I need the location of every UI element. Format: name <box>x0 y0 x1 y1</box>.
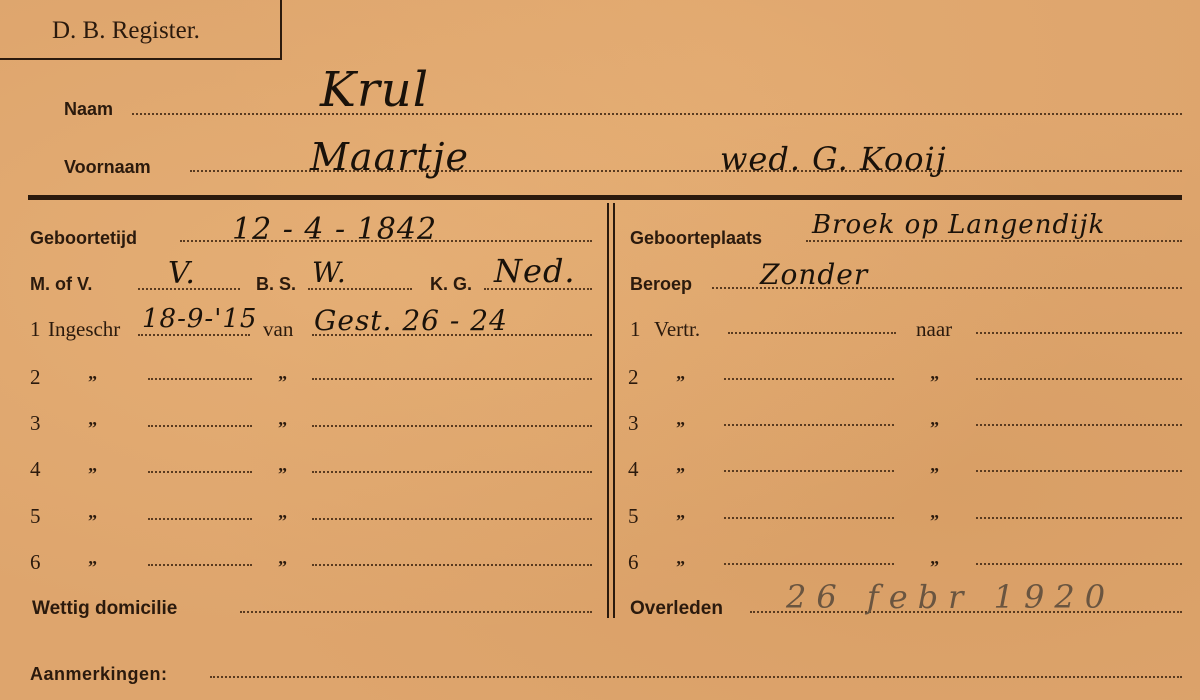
geboorteplaats-value[interactable]: Broek op Langendijk <box>812 210 1105 240</box>
column-divider-right <box>613 203 615 618</box>
left-row-ditto: ” <box>278 557 287 578</box>
left-row-line-1[interactable] <box>148 471 252 473</box>
vertr-line[interactable] <box>728 332 896 334</box>
right-row-line-1[interactable] <box>724 563 894 565</box>
aanmerkingen-line[interactable] <box>210 676 1182 678</box>
right-row-line-1[interactable] <box>724 517 894 519</box>
voornaam-value[interactable]: Maartje <box>310 135 469 179</box>
naam-value[interactable]: Krul <box>320 62 429 118</box>
column-divider-left <box>607 203 609 618</box>
right-row-ditto: ” <box>676 372 685 393</box>
ingeschr-van-value[interactable]: Gest. 26 - 24 <box>314 304 508 337</box>
right-row-ditto: ” <box>930 511 939 532</box>
left-row-ditto: ” <box>278 511 287 532</box>
right-row-num: 3 <box>628 411 639 436</box>
overleden-value[interactable]: 26 febr 1920 <box>786 578 1115 616</box>
right-row-ditto: ” <box>676 557 685 578</box>
ingeschr-date[interactable]: 18-9-'15 <box>142 304 257 334</box>
right-row-ditto: ” <box>676 511 685 532</box>
right-row-ditto: ” <box>930 464 939 485</box>
left-row-num: 2 <box>30 365 41 390</box>
right-row-line-2[interactable] <box>976 517 1182 519</box>
right-row-ditto: ” <box>930 557 939 578</box>
register-title: D. B. Register. <box>52 17 200 45</box>
right-row-ditto: ” <box>930 418 939 439</box>
m-of-v-value[interactable]: V. <box>168 256 196 291</box>
geboortetijd-value[interactable]: 12 - 4 - 1842 <box>232 212 437 247</box>
register-card: D. B. Register. Naam Krul Voornaam Maart… <box>0 0 1200 700</box>
right-row-line-2[interactable] <box>976 470 1182 472</box>
voornaam-note[interactable]: wed. G. Kooij <box>720 140 947 178</box>
left-row-ditto: ” <box>88 557 97 578</box>
kg-label: K. G. <box>430 274 472 295</box>
m-of-v-label: M. of V. <box>30 274 92 295</box>
naar-label: naar <box>916 317 952 342</box>
right-row-num: 6 <box>628 550 639 575</box>
left-row-ditto: ” <box>278 464 287 485</box>
left-row-ditto: ” <box>88 464 97 485</box>
right-row-ditto: ” <box>676 464 685 485</box>
voornaam-label: Voornaam <box>64 157 151 178</box>
right-row-num: 4 <box>628 457 639 482</box>
right-row-line-1[interactable] <box>724 470 894 472</box>
left-row-ditto: ” <box>278 372 287 393</box>
wettig-domicilie-line[interactable] <box>240 611 592 613</box>
beroep-label: Beroep <box>630 274 692 295</box>
right-row-line-2[interactable] <box>976 378 1182 380</box>
right-row-num: 2 <box>628 365 639 390</box>
naam-label: Naam <box>64 99 113 120</box>
right-row-line-2[interactable] <box>976 563 1182 565</box>
left-row-num: 6 <box>30 550 41 575</box>
left-row-num: 4 <box>30 457 41 482</box>
left-row-ditto: ” <box>88 372 97 393</box>
right-row-ditto: ” <box>930 372 939 393</box>
geboortetijd-label: Geboortetijd <box>30 228 137 249</box>
vertr-num: 1 <box>630 317 641 342</box>
beroep-value[interactable]: Zonder <box>760 258 868 291</box>
wettig-domicilie-label: Wettig domicilie <box>32 598 177 620</box>
left-row-num: 3 <box>30 411 41 436</box>
right-row-line-1[interactable] <box>724 424 894 426</box>
vertr-label: Vertr. <box>654 317 700 342</box>
left-row-line-1[interactable] <box>148 564 252 566</box>
left-row-num: 5 <box>30 504 41 529</box>
right-row-num: 5 <box>628 504 639 529</box>
naam-line <box>132 113 1182 115</box>
left-row-line-2[interactable] <box>312 471 592 473</box>
left-row-line-2[interactable] <box>312 518 592 520</box>
right-row-line-2[interactable] <box>976 424 1182 426</box>
left-row-ditto: ” <box>88 418 97 439</box>
overleden-label: Overleden <box>630 598 723 620</box>
ingeschr-label: Ingeschr <box>48 317 120 342</box>
naar-line[interactable] <box>976 332 1182 334</box>
kg-value[interactable]: Ned. <box>494 252 576 290</box>
left-row-line-1[interactable] <box>148 425 252 427</box>
left-row-line-1[interactable] <box>148 378 252 380</box>
bs-label: B. S. <box>256 274 296 295</box>
geboorteplaats-label: Geboorteplaats <box>630 228 762 249</box>
ingeschr-num: 1 <box>30 317 41 342</box>
ingeschr-van-label: van <box>263 317 293 342</box>
left-row-line-2[interactable] <box>312 564 592 566</box>
aanmerkingen-label: Aanmerkingen: <box>30 664 168 685</box>
left-row-ditto: ” <box>88 511 97 532</box>
left-row-line-1[interactable] <box>148 518 252 520</box>
right-row-ditto: ” <box>676 418 685 439</box>
left-row-line-2[interactable] <box>312 378 592 380</box>
header-divider <box>28 195 1182 200</box>
geboorteplaats-line <box>806 240 1182 242</box>
left-row-ditto: ” <box>278 418 287 439</box>
right-row-line-1[interactable] <box>724 378 894 380</box>
bs-value[interactable]: W. <box>312 256 347 289</box>
left-row-line-2[interactable] <box>312 425 592 427</box>
ingeschr-date-line <box>138 334 250 336</box>
